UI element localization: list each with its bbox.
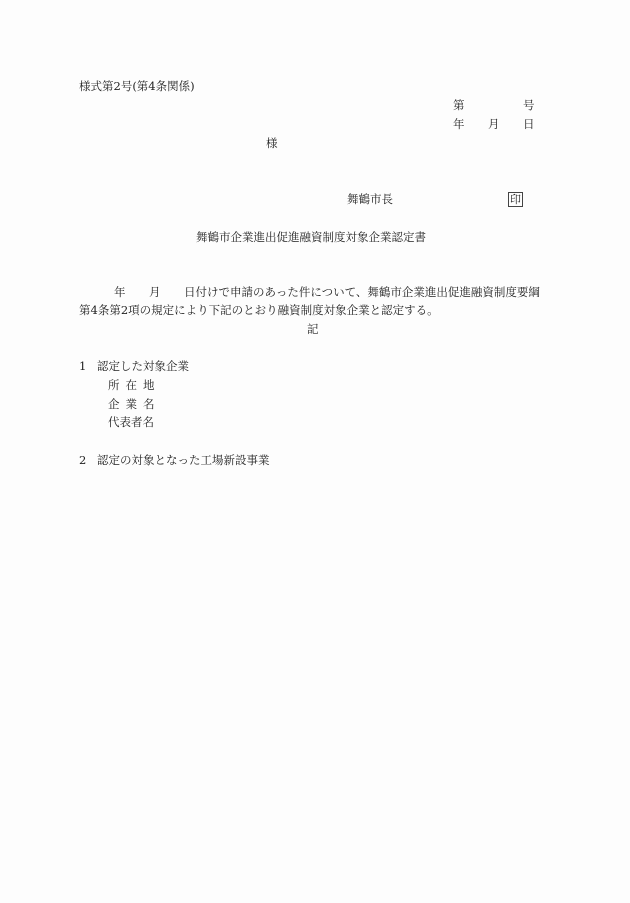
date-month: 月 — [488, 119, 500, 131]
date-year: 年 — [453, 119, 465, 131]
document-title: 舞鶴市企業進出促進融資制度対象企業認定書 — [196, 232, 426, 244]
number-suffix: 号 — [523, 100, 535, 112]
seal-mark: 印 — [508, 192, 523, 207]
body-line2: 第4条第2項の規定により下記のとおり融資制度対象企業と認定する。 — [79, 305, 439, 317]
body-year: 年 — [114, 287, 126, 299]
section-number: 1 — [79, 361, 86, 373]
field-address-label: 所在地 — [108, 380, 161, 392]
body-month: 月 — [149, 287, 161, 299]
ki-label: 記 — [307, 324, 319, 336]
field-representative-label: 代表者名 — [108, 417, 154, 429]
body-line1: 日付けで申請のあった件について、舞鶴市企業進出促進融資制度要綱 — [184, 287, 540, 299]
form-label: 様式第2号(第4条関係) — [79, 81, 195, 93]
seal-icon: 印 — [508, 192, 523, 207]
number-prefix: 第 — [453, 100, 465, 112]
section-number: 2 — [79, 455, 86, 467]
section-heading: 認定の対象となった工場新設事業 — [97, 455, 270, 467]
date-day: 日 — [523, 119, 535, 131]
section-heading: 認定した対象企業 — [97, 361, 189, 373]
field-company-name-label: 企業名 — [108, 399, 161, 411]
addressee-suffix: 様 — [266, 138, 278, 150]
issuer-name: 舞鶴市長 — [347, 194, 393, 206]
